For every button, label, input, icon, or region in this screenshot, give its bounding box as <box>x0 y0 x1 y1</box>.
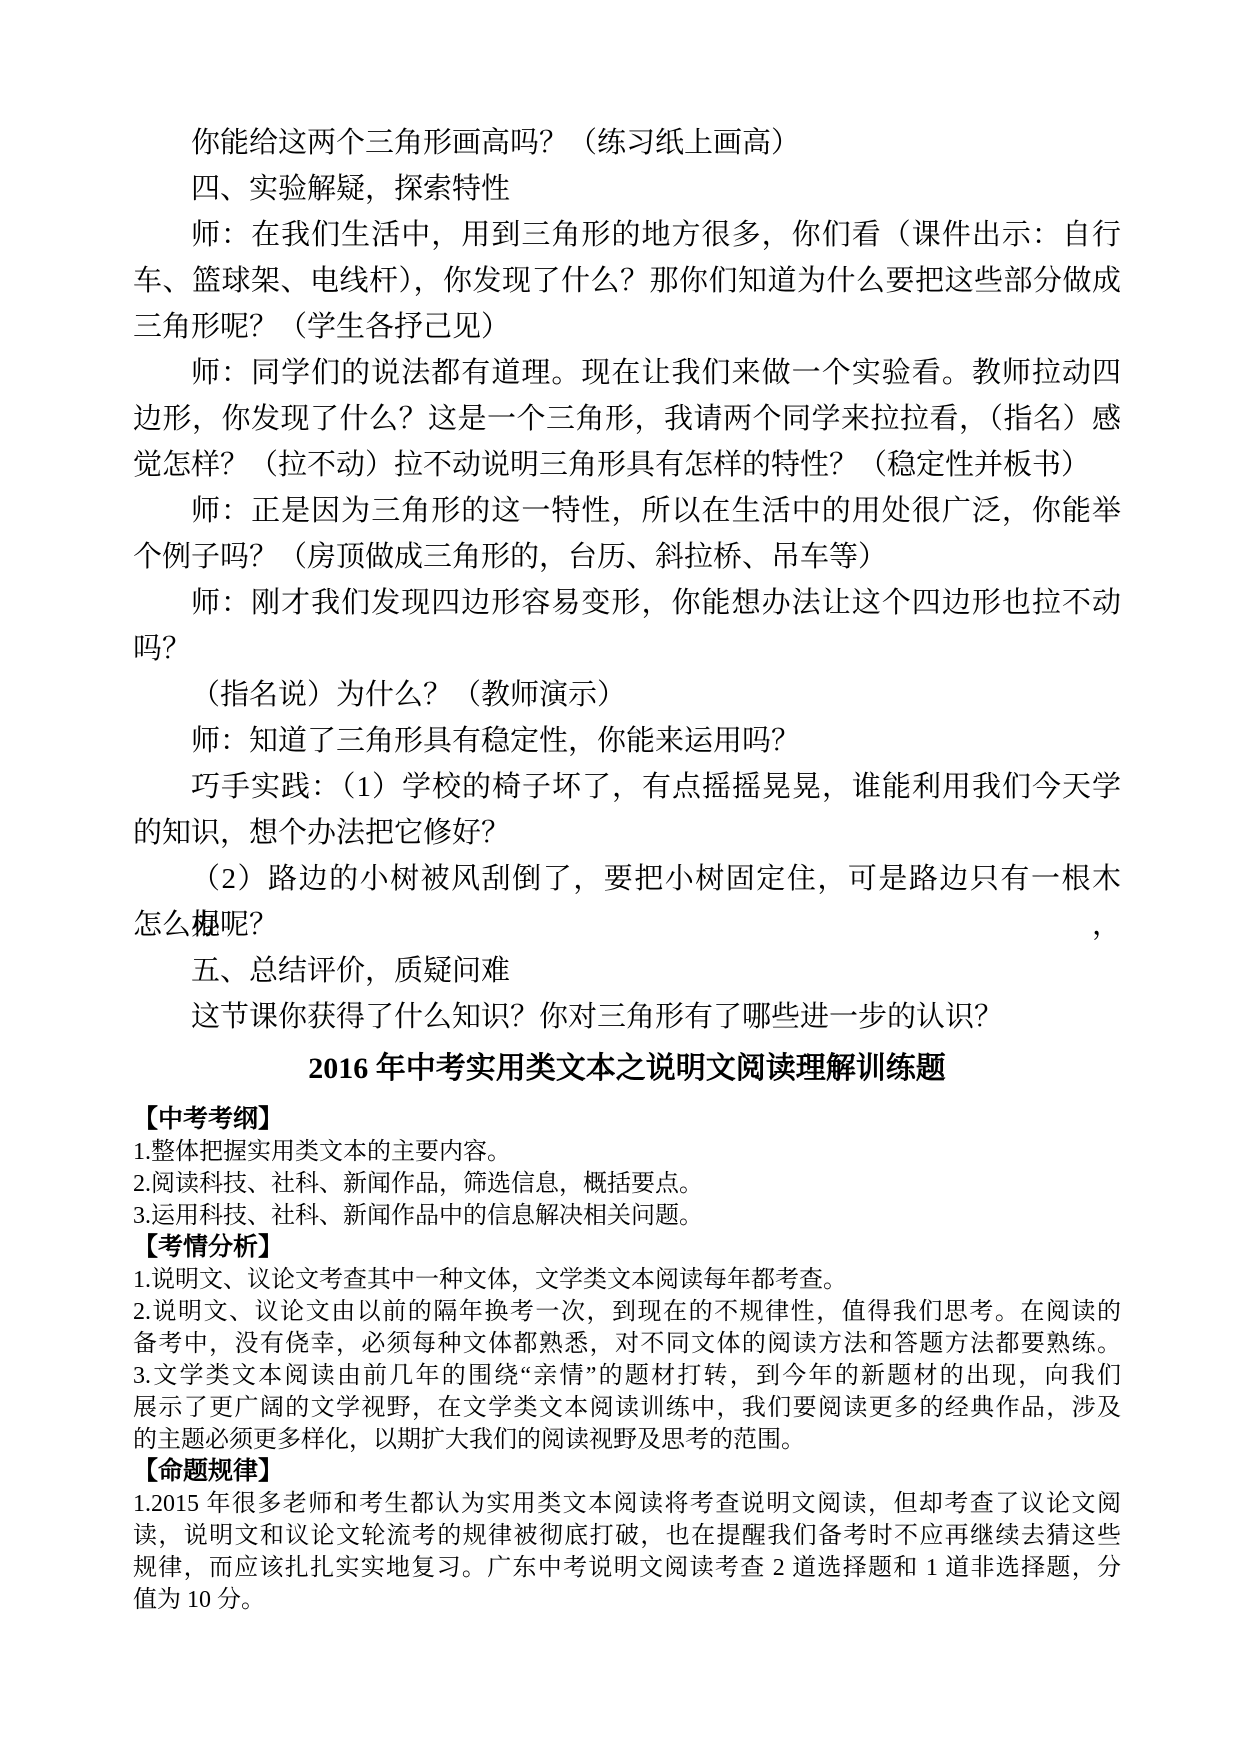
doc-line: 师：同学们的说法都有道理。现在让我们来做一个实验看。教师拉动四 <box>133 350 1121 396</box>
doc-line: 师：在我们生活中，用到三角形的地方很多，你们看（课件出示：自行 <box>133 212 1121 258</box>
doc-line: 2.说明文、议论文由以前的隔年换考一次，到现在的不规律性，值得我们思考。在阅读的 <box>133 1296 1121 1328</box>
doc-line: 师：知道了三角形具有稳定性，你能来运用吗？ <box>133 718 1121 764</box>
doc-line: 吗？ <box>133 626 1121 672</box>
doc-line: 的主题必须更多样化，以期扩大我们的阅读视野及思考的范围。 <box>133 1424 1121 1456</box>
section-heading: 【考情分析】 <box>133 1232 1121 1264</box>
doc-line: 车、篮球架、电线杆），你发现了什么？那你们知道为什么要把这些部分做成 <box>133 258 1121 304</box>
section-heading: 【命题规律】 <box>133 1456 1121 1488</box>
doc-line: 展示了更广阔的文学视野，在文学类文本阅读训练中，我们要阅读更多的经典作品，涉及 <box>133 1392 1121 1424</box>
section-heading: 【中考考纲】 <box>133 1104 1121 1136</box>
doc-line: 值为 10 分。 <box>133 1584 1121 1616</box>
doc-line: 你能给这两个三角形画高吗？（练习纸上画高） <box>133 120 1121 166</box>
doc-line: 四、实验解疑，探索特性 <box>133 166 1121 212</box>
doc-line: 师：刚才我们发现四边形容易变形，你能想办法让这个四边形也拉不动 <box>133 580 1121 626</box>
doc-line: 3.文学类文本阅读由前几年的围绕“亲情”的题材打转，到今年的新题材的出现，向我们 <box>133 1360 1121 1392</box>
doc-line: 五、总结评价，质疑问难 <box>133 948 1121 994</box>
doc-line: 1.2015 年很多老师和考生都认为实用类文本阅读将考查说明文阅读，但却考查了议… <box>133 1488 1121 1520</box>
doc-line: 3.运用科技、社科、新闻作品中的信息解决相关问题。 <box>133 1200 1121 1232</box>
doc-line: 这节课你获得了什么知识？你对三角形有了哪些进一步的认识？ <box>133 994 1121 1040</box>
article-title: 2016 年中考实用类文本之说明文阅读理解训练题 <box>133 1046 1121 1092</box>
doc-line: 2.阅读科技、社科、新闻作品，筛选信息，概括要点。 <box>133 1168 1121 1200</box>
doc-line: 规律，而应该扎扎实实地复习。广东中考说明文阅读考查 2 道选择题和 1 道非选择… <box>133 1552 1121 1584</box>
doc-line: 的知识，想个办法把它修好？ <box>133 810 1121 856</box>
doc-line: （指名说）为什么？（教师演示） <box>133 672 1121 718</box>
doc-line: 1.整体把握实用类文本的主要内容。 <box>133 1136 1121 1168</box>
doc-line: 读，说明文和议论文轮流考的规律被彻底打破，也在提醒我们备考时不应再继续去猜这些 <box>133 1520 1121 1552</box>
lesson-plan-section: 你能给这两个三角形画高吗？（练习纸上画高） 四、实验解疑，探索特性 师：在我们生… <box>133 120 1121 1040</box>
doc-line: 边形，你发现了什么？这是一个三角形，我请两个同学来拉拉看，（指名）感 <box>133 396 1121 442</box>
doc-line: 备考中，没有侥幸，必须每种文体都熟悉，对不同文体的阅读方法和答题方法都要熟练。 <box>133 1328 1121 1360</box>
doc-line: （2）路边的小树被风刮倒了，要把小树固定住，可是路边只有一根木棍， <box>133 856 1121 902</box>
exam-notes-section: 【中考考纲】 1.整体把握实用类文本的主要内容。 2.阅读科技、社科、新闻作品，… <box>133 1104 1121 1616</box>
doc-line: 三角形呢？（学生各抒己见） <box>133 304 1121 350</box>
doc-line: 巧手实践：（1）学校的椅子坏了，有点摇摇晃晃，谁能利用我们今天学 <box>133 764 1121 810</box>
doc-line: 个例子吗？（房顶做成三角形的，台历、斜拉桥、吊车等） <box>133 534 1121 580</box>
doc-line: 师：正是因为三角形的这一特性，所以在生活中的用处很广泛，你能举 <box>133 488 1121 534</box>
doc-line: 1.说明文、议论文考查其中一种文体，文学类文本阅读每年都考查。 <box>133 1264 1121 1296</box>
document-page: 你能给这两个三角形画高吗？（练习纸上画高） 四、实验解疑，探索特性 师：在我们生… <box>0 0 1241 1754</box>
doc-line: 觉怎样？（拉不动）拉不动说明三角形具有怎样的特性？（稳定性并板书） <box>133 442 1121 488</box>
